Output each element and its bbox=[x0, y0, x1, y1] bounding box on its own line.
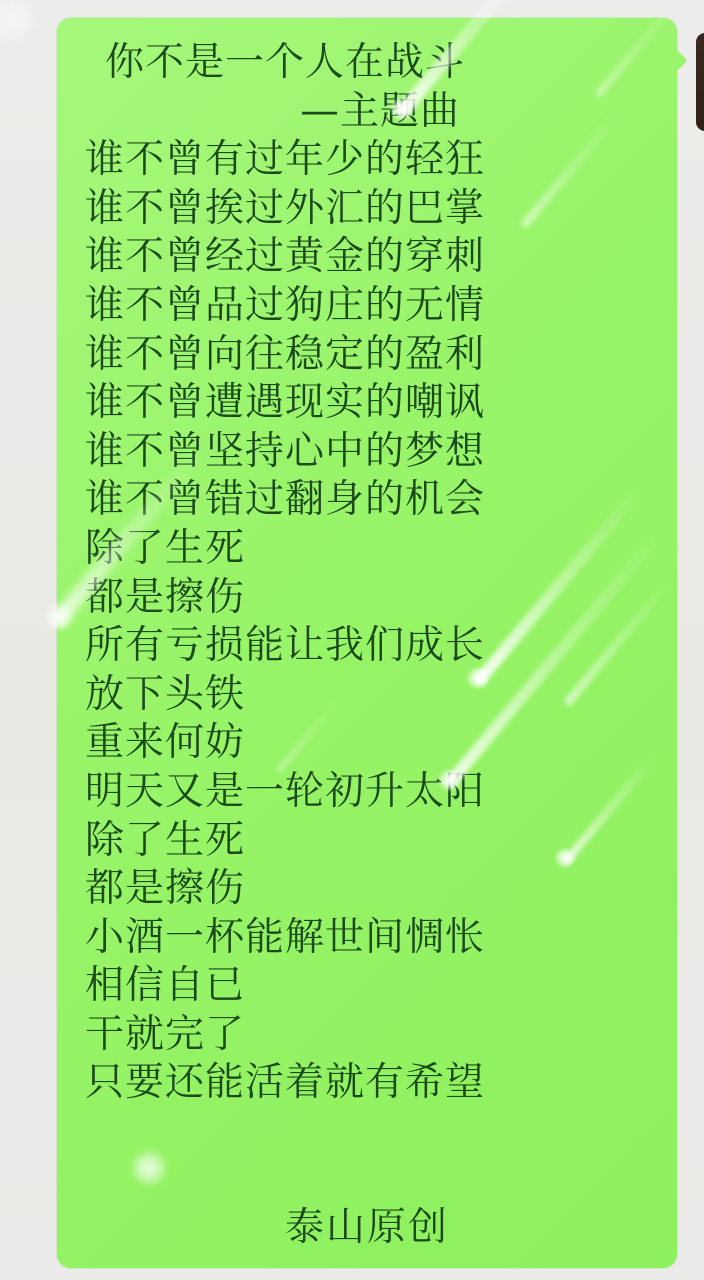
chat-screen: 你不是一个人在战斗 —主题曲 谁不曾有过年少的轻狂 谁不曾挨过外汇的巴掌 谁不曾… bbox=[0, 0, 704, 1280]
author-credit: 泰山原创 bbox=[85, 1204, 649, 1253]
lyric-line: 明天又是一轮初升太阳 bbox=[85, 768, 649, 817]
lyric-line: 都是擦伤 bbox=[85, 865, 649, 914]
lyric-line: 小酒一杯能解世间惆怅 bbox=[85, 914, 649, 963]
light-glow bbox=[0, 0, 38, 46]
lyric-line: 谁不曾挨过外汇的巴掌 bbox=[85, 185, 649, 234]
lyric-line: 只要还能活着就有希望 bbox=[85, 1059, 649, 1108]
lyric-line: 谁不曾有过年少的轻狂 bbox=[85, 136, 649, 185]
lyric-line: 干就完了 bbox=[85, 1011, 649, 1060]
lyric-line: 谁不曾品过狗庄的无情 bbox=[85, 282, 649, 331]
lyric-line: 放下头铁 bbox=[85, 671, 649, 720]
lyric-line: 除了生死 bbox=[85, 525, 649, 574]
lyric-line: 谁不曾遭遇现实的嘲讽 bbox=[85, 379, 649, 428]
lyric-line: 除了生死 bbox=[85, 817, 649, 866]
lyric-line: 都是擦伤 bbox=[85, 574, 649, 623]
lyric-line: 谁不曾向往稳定的盈利 bbox=[85, 331, 649, 380]
song-subtitle: —主题曲 bbox=[85, 88, 649, 137]
lyric-line: 重来何妨 bbox=[85, 719, 649, 768]
lyrics-text: 你不是一个人在战斗 —主题曲 谁不曾有过年少的轻狂 谁不曾挨过外汇的巴掌 谁不曾… bbox=[57, 18, 677, 1253]
lyric-line: 谁不曾经过黄金的穿刺 bbox=[85, 233, 649, 282]
lyric-line: 所有亏损能让我们成长 bbox=[85, 622, 649, 671]
message-bubble[interactable]: 你不是一个人在战斗 —主题曲 谁不曾有过年少的轻狂 谁不曾挨过外汇的巴掌 谁不曾… bbox=[57, 18, 677, 1268]
lyric-line: 谁不曾错过翻身的机会 bbox=[85, 476, 649, 525]
lyric-line: 谁不曾坚持心中的梦想 bbox=[85, 428, 649, 477]
contact-avatar[interactable] bbox=[696, 33, 704, 131]
song-title: 你不是一个人在战斗 bbox=[85, 39, 649, 88]
lyric-line: 相信自已 bbox=[85, 962, 649, 1011]
